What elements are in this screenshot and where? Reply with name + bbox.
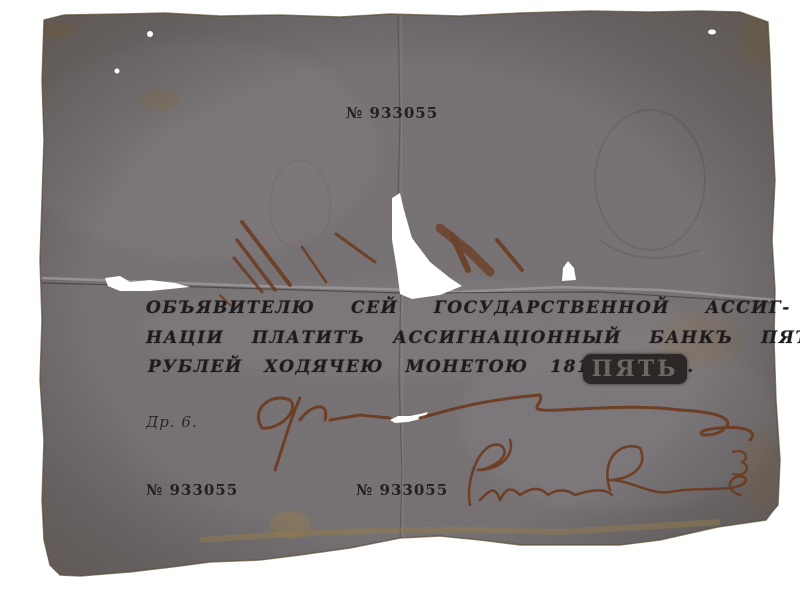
ink-signature-2 bbox=[469, 440, 746, 505]
signatures bbox=[0, 0, 800, 601]
banknote-photo: № 933055 ОБЪЯВИТЕЛЮ СЕЙ ГОСУДАРСТВЕННОЙ … bbox=[0, 0, 800, 601]
